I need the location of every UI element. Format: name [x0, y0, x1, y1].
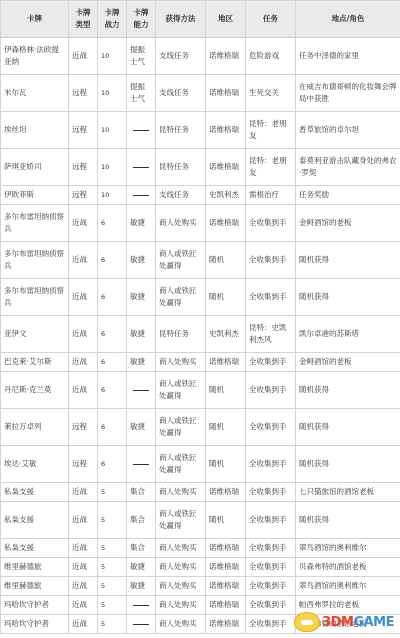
table-row: 丹尼斯·克兰莫近战6商人或铁匠处赢得随机全收集到手随机获得 [1, 372, 400, 409]
cell-method: 商人处购买 [156, 353, 206, 372]
cell-ability: 敏捷 [127, 558, 156, 577]
cell-ability: 集合 [127, 502, 156, 539]
cell-card: 米尔瓦 [1, 75, 69, 112]
cell-method: 商人或铁匠处赢得 [156, 279, 206, 316]
cell-ability [127, 186, 156, 205]
cell-type: 近战 [69, 558, 98, 577]
cell-quest: 危险游戏 [246, 38, 296, 75]
cell-quest: 全收集到手 [246, 353, 296, 372]
cell-ability: 敏捷 [127, 353, 156, 372]
dash-icon [133, 464, 149, 465]
cell-location: 在威吉布德哥顿的化妆舞会牌局中获胜 [296, 75, 400, 112]
dash-icon [133, 390, 149, 391]
cell-quest: 昆特：老朋友 [246, 112, 296, 149]
cell-quest: 全收集到手 [246, 558, 296, 577]
dash-icon [133, 130, 149, 131]
cell-ability: 集合 [127, 483, 156, 502]
cell-type: 近战 [69, 615, 98, 634]
header-type: 卡牌类型 [69, 1, 98, 38]
cell-type: 近战 [69, 502, 98, 539]
cell-power: 5 [98, 502, 127, 539]
cell-location: 随机获得 [296, 279, 400, 316]
cell-region: 史凯利杰 [206, 316, 246, 353]
cell-method: 支线任务 [156, 75, 206, 112]
cell-quest: 全收集到手 [246, 596, 296, 615]
cell-region: 诺维格瑞 [206, 615, 246, 634]
cell-quest: 全收集到手 [246, 409, 296, 446]
cell-method: 商人处购买 [156, 596, 206, 615]
cell-type: 近战 [69, 353, 98, 372]
cell-quest: 全收集到手 [246, 615, 296, 634]
watermark: 3DMGAME [294, 612, 394, 632]
cell-quest: 全收集到手 [246, 205, 296, 242]
header-power: 卡牌战力 [98, 1, 127, 38]
cell-method: 昆特任务 [156, 316, 206, 353]
table-row: 亚伊文近战6敏捷昆特任务史凯利杰昆特：史凯利杰风凯尔卓港的苏斯塔 [1, 316, 400, 353]
cell-location: 随机获得 [296, 446, 400, 483]
cell-region: 诺维格瑞 [206, 558, 246, 577]
cell-region: 随机 [206, 446, 246, 483]
cell-method: 昆特任务 [156, 112, 206, 149]
cell-region: 诺维格瑞 [206, 539, 246, 558]
table-row: 埃丝坦远程10昆特任务诺维格瑞昆特：老朋友香草旅馆的卓尔坦 [1, 112, 400, 149]
cell-quest: 全收集到手 [246, 502, 296, 539]
cell-method: 商人处购买 [156, 577, 206, 596]
header-region: 地区 [206, 1, 246, 38]
cell-card: 萨琪亚娇司 [1, 149, 69, 186]
cell-card: 巴克莱·艾尔斯 [1, 353, 69, 372]
cell-region: 诺维格瑞 [206, 205, 246, 242]
cell-power: 10 [98, 38, 127, 75]
cell-method: 商人或铁匠处赢得 [156, 446, 206, 483]
cell-ability: 敏捷 [127, 205, 156, 242]
cell-card: 私枭支援 [1, 539, 69, 558]
cell-location: 随机获得 [296, 409, 400, 446]
cell-region: 诺维格瑞 [206, 75, 246, 112]
cell-card: 维里赫德旅 [1, 577, 69, 596]
table-body: 伊森格林·法欧提亚纳近战10提振士气支线任务诺维格瑞危险游戏任务中泽德的家里米尔… [1, 38, 400, 634]
dash-icon [133, 195, 149, 196]
cell-power: 5 [98, 615, 127, 634]
cell-type: 近战 [69, 372, 98, 409]
cell-power: 6 [98, 242, 127, 279]
cell-method: 商人处购买 [156, 615, 206, 634]
cell-type: 近战 [69, 38, 98, 75]
cell-type: 近战 [69, 596, 98, 615]
cell-ability: 敏捷 [127, 409, 156, 446]
cell-card: 多尔布雷坦纳侦察兵 [1, 205, 69, 242]
cell-ability: 集合 [127, 539, 156, 558]
cell-card: 丹尼斯·克兰莫 [1, 372, 69, 409]
cell-type: 近战 [69, 279, 98, 316]
cell-ability [127, 149, 156, 186]
cell-region: 史凯利杰 [206, 186, 246, 205]
cell-quest: 全收集到手 [246, 372, 296, 409]
table-row: 维里赫德旅近战5敏捷商人处购买诺维格瑞全收集到手翠鸟酒馆的奥利维尔 [1, 577, 400, 596]
cell-card: 莱拉万卓列 [1, 409, 69, 446]
table-row: 伊欧菲斯远程10支线任务史凯利杰需根治疗任务奖励 [1, 186, 400, 205]
cell-region: 诺维格瑞 [206, 149, 246, 186]
cell-region: 随机 [206, 279, 246, 316]
cell-power: 5 [98, 483, 127, 502]
table-header-row: 卡牌卡牌类型卡牌战力卡牌能力获得方法地区任务地点/角色 [1, 1, 400, 38]
cell-quest: 全收集到手 [246, 539, 296, 558]
cell-ability [127, 446, 156, 483]
cell-quest: 全收集到手 [246, 242, 296, 279]
cell-card: 私枭支援 [1, 483, 69, 502]
table-row: 多尔布雷坦纳侦察兵近战6敏捷商人处购买诺维格瑞全收集到手金鲟酒馆的老板 [1, 205, 400, 242]
cell-card: 玛哈坎守护者 [1, 615, 69, 634]
cell-power: 6 [98, 409, 127, 446]
cell-power: 6 [98, 205, 127, 242]
table-row: 维里赫德旅近战5敏捷商人处购买诺维格瑞全收集到手贝森弗特的酒馆老板 [1, 558, 400, 577]
table-row: 私枭支援近战5集合商人或铁匠处赢得随机全收集到手随机获得 [1, 502, 400, 539]
header-location: 地点/角色 [296, 1, 400, 38]
cell-power: 10 [98, 149, 127, 186]
cell-type: 近战 [69, 205, 98, 242]
cell-method: 商人或铁匠处赢得 [156, 502, 206, 539]
cell-power: 5 [98, 577, 127, 596]
cell-method: 商人或铁匠处赢得 [156, 409, 206, 446]
cell-ability [127, 596, 156, 615]
cell-method: 商人处购买 [156, 539, 206, 558]
header-card: 卡牌 [1, 1, 69, 38]
cell-quest: 全收集到手 [246, 446, 296, 483]
table-row: 多尔布雷坦纳侦察兵近战6敏捷商人或铁匠处赢得随机全收集到手随机获得 [1, 279, 400, 316]
cell-ability: 提振士气 [127, 38, 156, 75]
cell-location: 翠鸟酒馆的奥利维尔 [296, 539, 400, 558]
cell-type: 远程 [69, 409, 98, 446]
cell-power: 6 [98, 353, 127, 372]
cell-quest: 全收集到手 [246, 279, 296, 316]
cell-card: 埃达·艾敏 [1, 446, 69, 483]
cell-location: 七只猫旅馆的酒馆老板 [296, 483, 400, 502]
gwent-card-table: 卡牌卡牌类型卡牌战力卡牌能力获得方法地区任务地点/角色 伊森格林·法欧提亚纳近战… [0, 0, 400, 634]
cell-region: 随机 [206, 502, 246, 539]
cell-type: 远程 [69, 75, 98, 112]
cell-location: 泰莫利亚游击队藏身处的弗农·罗契 [296, 149, 400, 186]
cell-location: 随机获得 [296, 502, 400, 539]
cell-method: 昆特任务 [156, 149, 206, 186]
cell-type: 远程 [69, 446, 98, 483]
cell-type: 远程 [69, 112, 98, 149]
cell-region: 诺维格瑞 [206, 483, 246, 502]
bird-mascot-icon [294, 612, 320, 632]
cell-quest: 全收集到手 [246, 483, 296, 502]
table-row: 伊森格林·法欧提亚纳近战10提振士气支线任务诺维格瑞危险游戏任务中泽德的家里 [1, 38, 400, 75]
dash-icon [133, 167, 149, 168]
cell-power: 5 [98, 558, 127, 577]
cell-card: 伊欧菲斯 [1, 186, 69, 205]
cell-method: 商人处购买 [156, 558, 206, 577]
cell-region: 随机 [206, 409, 246, 446]
cell-method: 商人或铁匠处赢得 [156, 372, 206, 409]
cell-power: 5 [98, 539, 127, 558]
header-method: 获得方法 [156, 1, 206, 38]
cell-ability: 敏捷 [127, 316, 156, 353]
cell-card: 伊森格林·法欧提亚纳 [1, 38, 69, 75]
cell-ability: 敏捷 [127, 577, 156, 596]
cell-location: 翠鸟酒馆的奥利维尔 [296, 577, 400, 596]
cell-type: 近战 [69, 539, 98, 558]
cell-power: 6 [98, 316, 127, 353]
cell-region: 诺维格瑞 [206, 353, 246, 372]
cell-method: 支线任务 [156, 186, 206, 205]
cell-card: 私枭支援 [1, 502, 69, 539]
table-row: 莱拉万卓列远程6敏捷商人或铁匠处赢得随机全收集到手随机获得 [1, 409, 400, 446]
cell-quest: 生死交关 [246, 75, 296, 112]
cell-location: 贝森弗特的酒馆老板 [296, 558, 400, 577]
cell-type: 远程 [69, 149, 98, 186]
cell-quest: 昆特：老朋友 [246, 149, 296, 186]
cell-ability: 敏捷 [127, 279, 156, 316]
cell-card: 维里赫德旅 [1, 558, 69, 577]
dash-icon [133, 605, 149, 606]
table-row: 私枭支援近战5集合商人处购买诺维格瑞全收集到手七只猫旅馆的酒馆老板 [1, 483, 400, 502]
cell-ability: 提振士气 [127, 75, 156, 112]
cell-ability [127, 615, 156, 634]
cell-power: 10 [98, 186, 127, 205]
cell-location: 金鲟酒馆的老板 [296, 353, 400, 372]
cell-location: 任务中泽德的家里 [296, 38, 400, 75]
cell-power: 6 [98, 279, 127, 316]
table-row: 私枭支援近战5集合商人处购买诺维格瑞全收集到手翠鸟酒馆的奥利维尔 [1, 539, 400, 558]
cell-region: 诺维格瑞 [206, 38, 246, 75]
cell-type: 远程 [69, 186, 98, 205]
cell-ability [127, 112, 156, 149]
cell-method: 商人或铁匠处赢得 [156, 242, 206, 279]
header-ability: 卡牌能力 [127, 1, 156, 38]
cell-power: 5 [98, 596, 127, 615]
cell-region: 诺维格瑞 [206, 596, 246, 615]
cell-method: 商人处购买 [156, 205, 206, 242]
cell-power: 6 [98, 446, 127, 483]
cell-quest: 昆特：史凯利杰风 [246, 316, 296, 353]
cell-method: 支线任务 [156, 38, 206, 75]
cell-card: 多尔布雷坦纳侦察兵 [1, 242, 69, 279]
header-quest: 任务 [246, 1, 296, 38]
cell-region: 诺维格瑞 [206, 577, 246, 596]
cell-card: 多尔布雷坦纳侦察兵 [1, 279, 69, 316]
cell-card: 埃丝坦 [1, 112, 69, 149]
cell-power: 6 [98, 372, 127, 409]
cell-location: 凯尔卓港的苏斯塔 [296, 316, 400, 353]
table-row: 埃达·艾敏远程6商人或铁匠处赢得随机全收集到手随机获得 [1, 446, 400, 483]
cell-region: 诺维格瑞 [206, 112, 246, 149]
cell-power: 10 [98, 112, 127, 149]
cell-card: 亚伊文 [1, 316, 69, 353]
dash-icon [133, 624, 149, 625]
cell-location: 任务奖励 [296, 186, 400, 205]
cell-type: 近战 [69, 483, 98, 502]
table-row: 多尔布雷坦纳侦察兵近战6敏捷商人或铁匠处赢得随机全收集到手随机获得 [1, 242, 400, 279]
cell-method: 商人处购买 [156, 483, 206, 502]
cell-type: 近战 [69, 577, 98, 596]
cell-quest: 需根治疗 [246, 186, 296, 205]
cell-region: 随机 [206, 242, 246, 279]
cell-card: 玛哈坎守护者 [1, 596, 69, 615]
table-row: 米尔瓦远程10提振士气支线任务诺维格瑞生死交关在威吉布德哥顿的化妆舞会牌局中获胜 [1, 75, 400, 112]
cell-type: 近战 [69, 316, 98, 353]
watermark-3dm: 3DM [322, 615, 353, 630]
cell-power: 10 [98, 75, 127, 112]
cell-ability: 敏捷 [127, 242, 156, 279]
table-row: 巴克莱·艾尔斯近战6敏捷商人处购买诺维格瑞全收集到手金鲟酒馆的老板 [1, 353, 400, 372]
watermark-game: GAME [353, 615, 394, 630]
cell-type: 近战 [69, 242, 98, 279]
table-row: 萨琪亚娇司远程10昆特任务诺维格瑞昆特：老朋友泰莫利亚游击队藏身处的弗农·罗契 [1, 149, 400, 186]
cell-quest: 全收集到手 [246, 577, 296, 596]
cell-region: 随机 [206, 372, 246, 409]
cell-ability [127, 372, 156, 409]
cell-location: 随机获得 [296, 242, 400, 279]
cell-location: 金鲟酒馆的老板 [296, 205, 400, 242]
cell-location: 随机获得 [296, 372, 400, 409]
cell-location: 香草旅馆的卓尔坦 [296, 112, 400, 149]
